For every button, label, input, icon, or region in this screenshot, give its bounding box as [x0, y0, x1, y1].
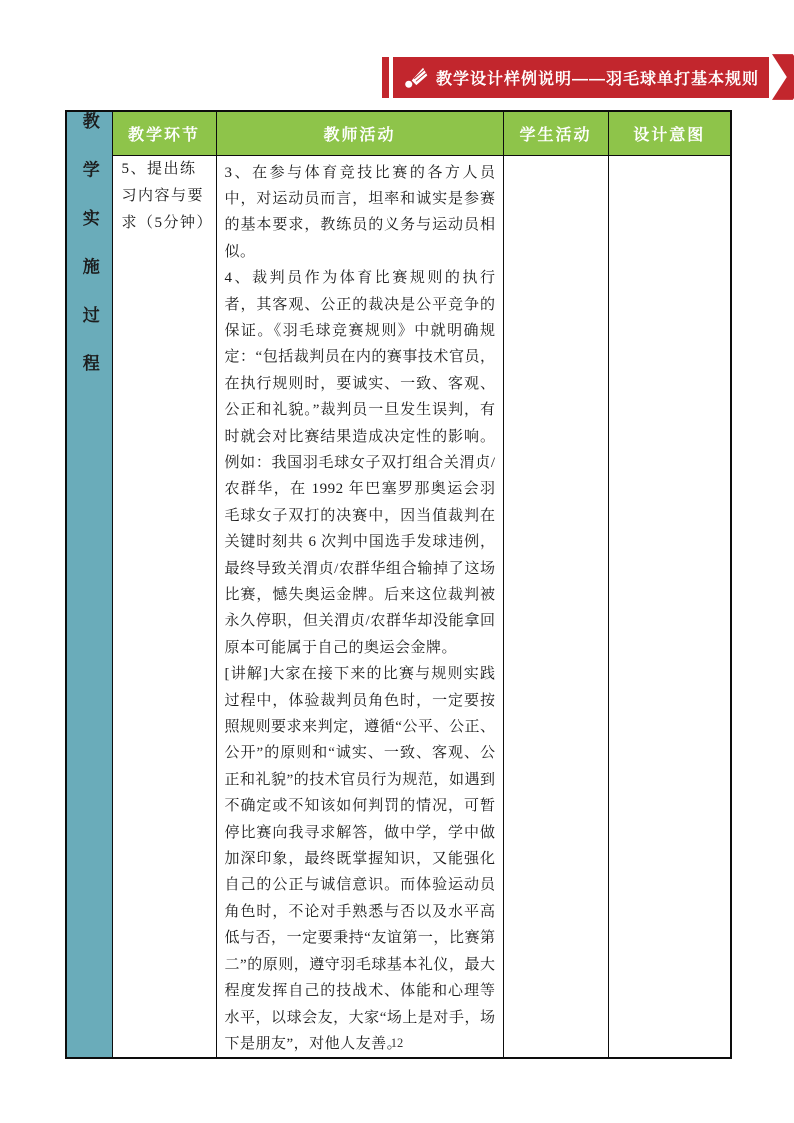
banner-title: 教学设计样例说明——羽毛球单打基本规则 [436, 66, 759, 89]
stage-text: 5、提出练习内容与要求（5分钟） [122, 156, 209, 237]
stage-cell: 5、提出练习内容与要求（5分钟） [112, 155, 216, 1058]
teacher-activity-cell: 3、在参与体育竞技比赛的各方人员中，对运动员而言，坦率和诚实是参赛的基本要求，教… [216, 155, 503, 1058]
header-student-activity: 学生活动 [503, 111, 608, 155]
table-header-row: 教学实施过程 教学环节 教师活动 学生活动 设计意图 [66, 111, 731, 155]
teacher-activity-paragraph: 4、裁判员作为体育比赛规则的执行者，其客观、公正的裁决是公平竞争的保证。《羽毛球… [225, 265, 496, 661]
banner-arrow-icon [772, 51, 794, 103]
header-teacher-activity: 教师活动 [216, 111, 503, 155]
banner-body: 教学设计样例说明——羽毛球单打基本规则 [393, 57, 769, 98]
page-number: 12 [0, 1036, 794, 1051]
table-body-row: 5、提出练习内容与要求（5分钟） 3、在参与体育竞技比赛的各方人员中，对运动员而… [66, 155, 731, 1058]
lesson-plan-table: 教学实施过程 教学环节 教师活动 学生活动 设计意图 5、提出练习内容与要求（5… [65, 110, 732, 1059]
teacher-activity-paragraph: 3、在参与体育竞技比赛的各方人员中，对运动员而言，坦率和诚实是参赛的基本要求，教… [225, 160, 496, 266]
design-intent-cell [608, 155, 731, 1058]
student-activity-cell [503, 155, 608, 1058]
header-teaching-stage: 教学环节 [112, 111, 216, 155]
phase-side-cell: 教学实施过程 [66, 111, 112, 1058]
section-banner: 教学设计样例说明——羽毛球单打基本规则 [382, 51, 794, 103]
phase-vertical-label: 教学实施过程 [77, 112, 102, 403]
teacher-activity-paragraph: [讲解]大家在接下来的比赛与规则实践过程中，体验裁判员角色时，一定要按照规则要求… [225, 661, 496, 1057]
banner-left-bar [382, 57, 389, 98]
document-page: 教学设计样例说明——羽毛球单打基本规则 教学实施过程 教学环节 教师活动 学生活… [0, 0, 794, 1123]
shuttlecock-icon [402, 64, 429, 91]
header-design-intent: 设计意图 [608, 111, 731, 155]
